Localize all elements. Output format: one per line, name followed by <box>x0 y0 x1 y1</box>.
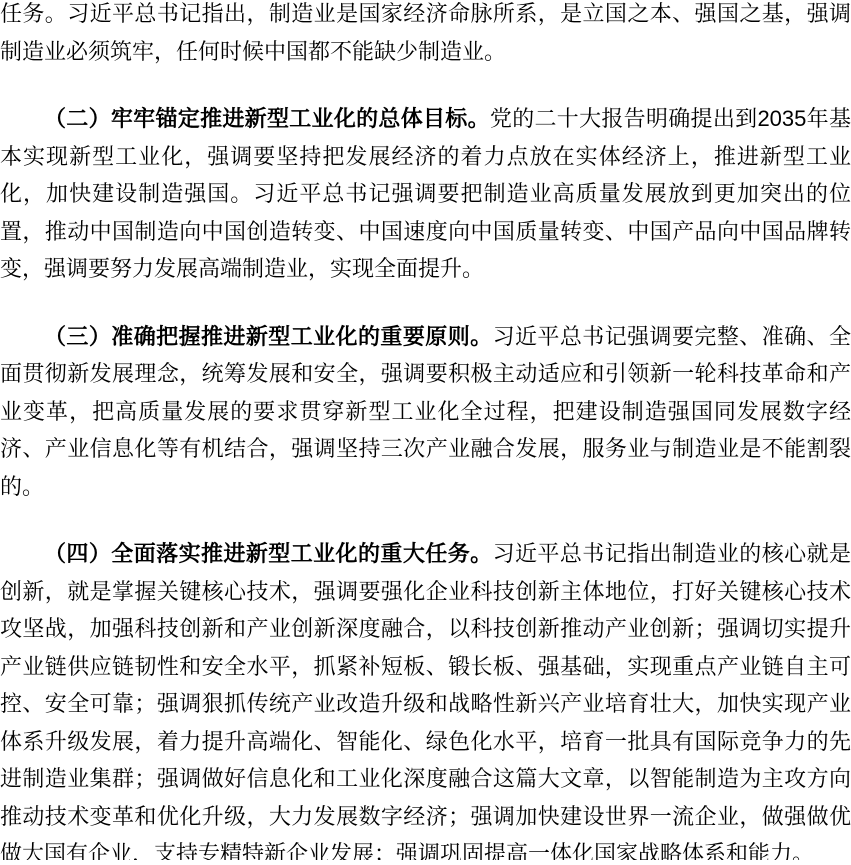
paragraph-section-2: （二）牢牢锚定推进新型工业化的总体目标。党的二十大报告明确提出到2035年基本实… <box>0 100 851 288</box>
document-page: 任务。习近平总书记指出，制造业是国家经济命脉所系，是立国之本、强国之基，强调制造… <box>0 0 851 860</box>
paragraph-section-4: （四）全面落实推进新型工业化的重大任务。习近平总书记指出制造业的核心就是创新，就… <box>0 535 851 860</box>
section-4-heading: （四）全面落实推进新型工业化的重大任务。 <box>44 541 493 566</box>
paragraph-text: 任务。习近平总书记指出，制造业是国家经济命脉所系，是立国之本、强国之基，强调制造… <box>0 1 851 64</box>
paragraph-text: 党的二十大报告明确提出到2035年基本实现新型工业化，强调要坚持把发展经济的着力… <box>0 106 851 281</box>
paragraph-text: 习近平总书记强调要完整、准确、全面贯彻新发展理念，统筹发展和安全，强调要积极主动… <box>0 324 851 499</box>
paragraph-continuation: 任务。习近平总书记指出，制造业是国家经济命脉所系，是立国之本、强国之基，强调制造… <box>0 0 851 70</box>
paragraph-text: 习近平总书记指出制造业的核心就是创新，就是掌握关键核心技术，强调要强化企业科技创… <box>0 541 851 860</box>
paragraph-section-3: （三）准确把握推进新型工业化的重要原则。习近平总书记强调要完整、准确、全面贯彻新… <box>0 318 851 506</box>
section-2-heading: （二）牢牢锚定推进新型工业化的总体目标。 <box>44 106 490 131</box>
section-3-heading: （三）准确把握推进新型工业化的重要原则。 <box>44 324 493 349</box>
